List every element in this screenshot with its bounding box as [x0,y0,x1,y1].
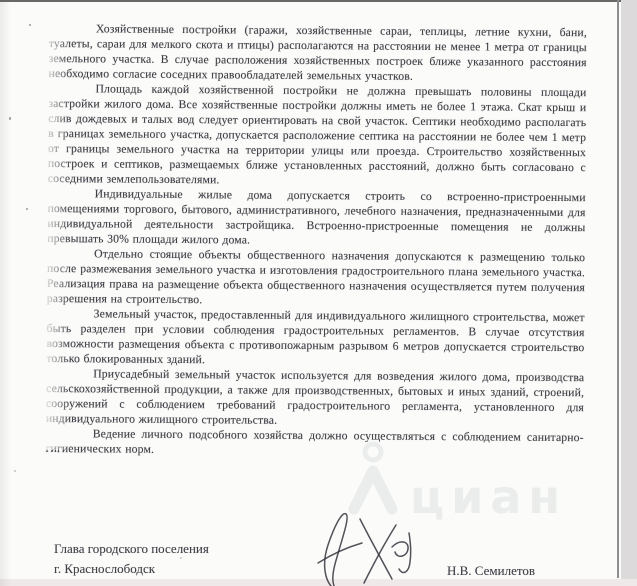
scanned-document: { "document": { "paragraphs": [ "Хозяйст… [0,0,637,586]
signer-city: г. Краснослободск [54,561,155,577]
paragraph-land-division: Земельный участок, предоставленный для и… [46,306,584,370]
paragraph-built-in-premises: Индивидуальные жилые дома допускается ст… [47,186,585,250]
paragraph-outbuildings: Хозяйственные постройки (гаражи, хозяйст… [49,21,587,85]
page-top-edge [0,0,621,2]
paragraph-sanitary-norms: Ведение личного подсобного хозяйства дол… [46,426,584,460]
page-left-edge-shade [0,0,11,586]
paragraph-area-limits: Площадь каждой хозяйственной постройки н… [48,81,587,190]
scan-speck [180,557,182,559]
signature-scribble [312,505,412,586]
scan-speck [9,117,11,120]
watermark-text: циан [410,479,567,517]
scan-speck [14,470,16,472]
page-right-edge [617,0,619,578]
scan-speck [26,208,28,210]
signer-name: Н.В. Семилетов [447,563,535,579]
paragraph-household-plot: Приусадебный земельный участок используе… [46,366,584,430]
scanner-background-strip [621,0,637,586]
document-text-block: Хозяйственные постройки (гаражи, хозяйст… [46,21,587,460]
scan-speck [29,24,31,26]
signer-title: Глава городского поселения [54,541,209,557]
paragraph-public-objects: Отдельно стоящие объекты общественного н… [47,246,585,310]
